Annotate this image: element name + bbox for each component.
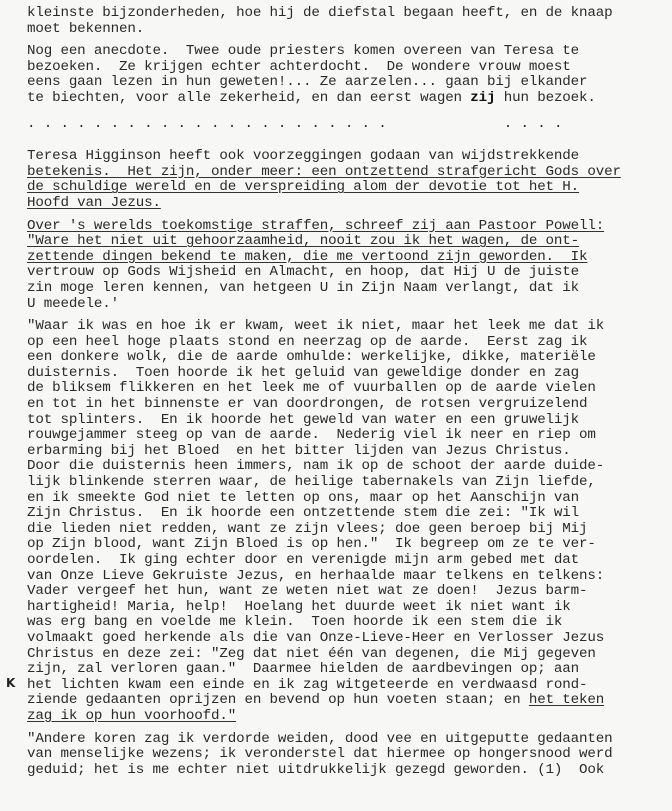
text-segment: te biechten, voor alle zekerheid, en dan… — [27, 90, 470, 106]
text-line: geduid; het is me echter niet uitdrukkel… — [27, 763, 667, 779]
underlined-line: betekenis. Het zijn, onder meer: een ont… — [27, 165, 667, 181]
text-line: kleinste bijzonderheden, hoe hij de dief… — [27, 6, 667, 22]
paragraph-prophecies: Teresa Higginson heeft ook voorzeggingen… — [27, 149, 667, 211]
text-line: Zijn Christus. En ik hoorde een ontzette… — [27, 506, 667, 522]
underlined-line: Over 's werelds toekomstige straffen, sc… — [27, 219, 667, 235]
text-line: tot splinters. En ik hoorde het geweld v… — [27, 413, 667, 429]
underlined-line: "Ware het niet uit gehoorzaamheid, nooit… — [27, 234, 667, 250]
section-separator: . . . . . . . . . . . . . . . . . . . . … — [27, 117, 667, 133]
text-line: en ik smeekte God niet te letten op ons,… — [27, 491, 667, 507]
text-segment: ziende gedaanten oprijzen en bevend op h… — [27, 692, 529, 708]
text-line: van menselijke wezens; ik veronderstel d… — [27, 747, 667, 763]
text-line: en tot in het binnenste er van doordrong… — [27, 397, 667, 413]
emphasized-word: zij — [470, 90, 495, 106]
text-line: U meedele.' — [27, 297, 667, 313]
paragraph-anecdote: Nog een anecdote. Twee oude priesters ko… — [27, 44, 667, 106]
text-line: zijn, zal verloren gaan." Daarmee hielde… — [27, 662, 667, 678]
text-line: eens gaan lezen in hun geweten!... Ze aa… — [27, 75, 667, 91]
text-line: van Onze Lieve Gekruiste Jezus, en herha… — [27, 569, 667, 585]
text-line: zin moge leren kennen, van hetgeen U in … — [27, 281, 667, 297]
paragraph-famine: "Andere koren zag ik verdorde weiden, do… — [27, 732, 667, 779]
text-line: de bliksem flikkeren en het leek me of v… — [27, 381, 667, 397]
text-line: rouwgejammer steeg op van de aarde. Nede… — [27, 428, 667, 444]
text-line: hartigheid! Maria, help! Hoelang het duu… — [27, 600, 667, 616]
underlined-phrase: zag ik op hun voorhoofd." — [27, 708, 236, 724]
text-line: Door die duisternis heen immers, nam ik … — [27, 459, 667, 475]
text-line: Teresa Higginson heeft ook voorzeggingen… — [27, 149, 667, 165]
text-line: Christus en deze zei: "Zeg dat niet één … — [27, 647, 667, 663]
text-line: te biechten, voor alle zekerheid, en dan… — [27, 91, 667, 107]
text-line: vertrouw op Gods Wijsheid en Almacht, en… — [27, 265, 667, 281]
underlined-line: zettende dingen bekend te maken, die me … — [27, 250, 667, 266]
text-line: Vader vergeef het hun, want ze weten nie… — [27, 584, 667, 600]
separator-gap — [387, 116, 504, 132]
text-line: was erg bang en voelde me klein. Toen ho… — [27, 615, 667, 631]
separator-dots-right: . . . . — [504, 116, 563, 132]
text-line: erbarming bij het Bloed en het bitter li… — [27, 444, 667, 460]
text-line: ziende gedaanten oprijzen en bevend op h… — [27, 693, 667, 709]
handwritten-margin-mark: K — [6, 676, 15, 690]
text-line: moet bekennen. — [27, 22, 667, 38]
underlined-line: Hoofd van Jezus. — [27, 196, 667, 212]
typewritten-page: kleinste bijzonderheden, hoe hij de dief… — [27, 6, 667, 785]
text-line: zag ik op hun voorhoofd." — [27, 709, 667, 725]
text-line: die lieden niet redden, want ze zijn vle… — [27, 522, 667, 538]
text-line: "Waar ik was en hoe ik er kwam, weet ik … — [27, 319, 667, 335]
text-line: volmaakt goed herkende als die van Onze-… — [27, 631, 667, 647]
separator-dots-left: . . . . . . . . . . . . . . . . . . . . … — [27, 116, 387, 132]
text-line: bezoeken. Ze krijgen echter achterdocht.… — [27, 60, 667, 76]
text-segment: hun bezoek. — [495, 90, 595, 106]
text-line: een donkere wolk, die de aarde omhulde: … — [27, 350, 667, 366]
text-line: "Andere koren zag ik verdorde weiden, do… — [27, 732, 667, 748]
text-segment: Teresa Higginson heeft ook voorzeggingen… — [27, 148, 579, 164]
text-line: op een heel hoge plaats stond en neerzag… — [27, 335, 667, 351]
underlined-phrase: het teken — [529, 692, 604, 708]
text-line: het lichten kwam een einde en ik zag wit… — [27, 678, 667, 694]
underlined-line: de schuldige wereld en de verspreiding a… — [27, 180, 667, 196]
text-line: Nog een anecdote. Twee oude priesters ko… — [27, 44, 667, 60]
paragraph-vision: "Waar ik was en hoe ik er kwam, weet ik … — [27, 319, 667, 724]
paragraph-intro: kleinste bijzonderheden, hoe hij de dief… — [27, 6, 667, 37]
text-line: op Zijn blood, want Zijn Bloed is op hen… — [27, 537, 667, 553]
text-line: duisternis. Toen hoorde ik het geluid va… — [27, 366, 667, 382]
text-line: oordelen. Ik ging echter door en verenig… — [27, 553, 667, 569]
text-line: lijk blinkende sterren waar, de heilige … — [27, 475, 667, 491]
paragraph-letter: Over 's werelds toekomstige straffen, sc… — [27, 219, 667, 313]
